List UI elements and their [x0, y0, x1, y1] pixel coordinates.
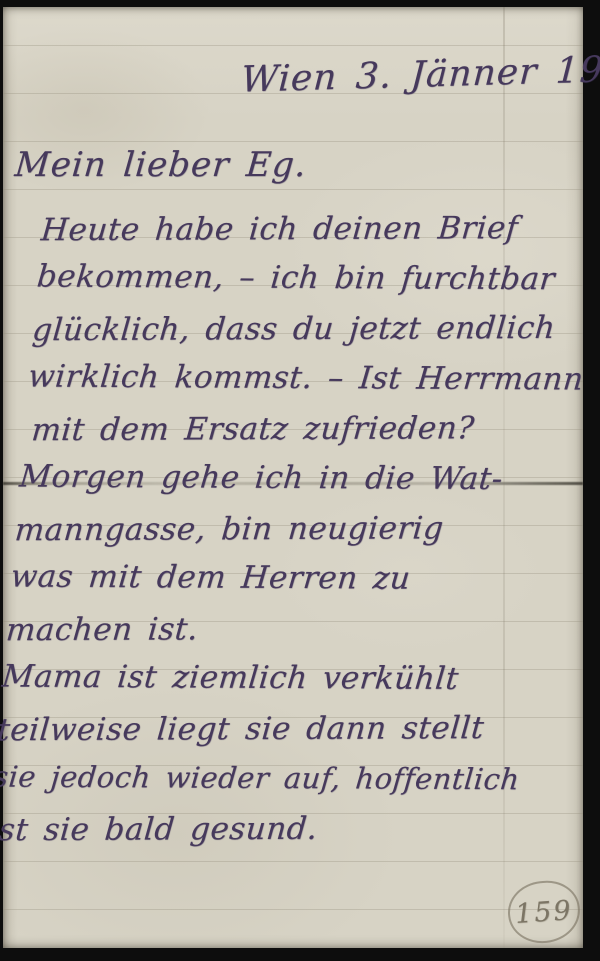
handwriting-line: machen ist. — [4, 603, 570, 655]
place-and-date-line: Wien 3. Jänner 1917 — [240, 50, 572, 100]
handwriting-line: glücklich, dass du jetzt endlich — [30, 303, 596, 355]
handwriting-line: was mit dem Herren zu — [8, 552, 574, 605]
handwriting-line: bekommen, – ich bin furchtbar — [35, 252, 600, 305]
handwriting-line: teilweise liegt sie dann stellt — [0, 703, 562, 755]
letter-paper: Wien 3. Jänner 1917 Mein lieber Eg. Heut… — [3, 7, 583, 948]
handwriting-line: wirklich kommst. – Ist Herrmann — [26, 352, 592, 405]
handwriting-line: ist sie bald gesund. — [0, 803, 553, 855]
handwriting-line: mit dem Ersatz zufrieden? — [21, 403, 587, 455]
scan-background: Wien 3. Jänner 1917 Mein lieber Eg. Heut… — [0, 0, 600, 961]
page-number: 159 — [514, 895, 574, 930]
letter-body: Heute habe ich deinen Brief bekommen, – … — [0, 203, 600, 853]
salutation-line: Mein lieber Eg. — [13, 145, 308, 185]
handwriting-line: Mama ist ziemlich verkühlt — [0, 652, 566, 705]
handwriting-line: sie jedoch wieder auf, hoffentlich — [0, 752, 557, 805]
handwriting-line: Morgen gehe ich in die Wat- — [17, 452, 583, 505]
handwriting-line: Heute habe ich deinen Brief — [39, 203, 600, 255]
handwriting-line: manngasse, bin neugierig — [13, 503, 579, 555]
page-number-circle: 159 — [505, 877, 583, 946]
